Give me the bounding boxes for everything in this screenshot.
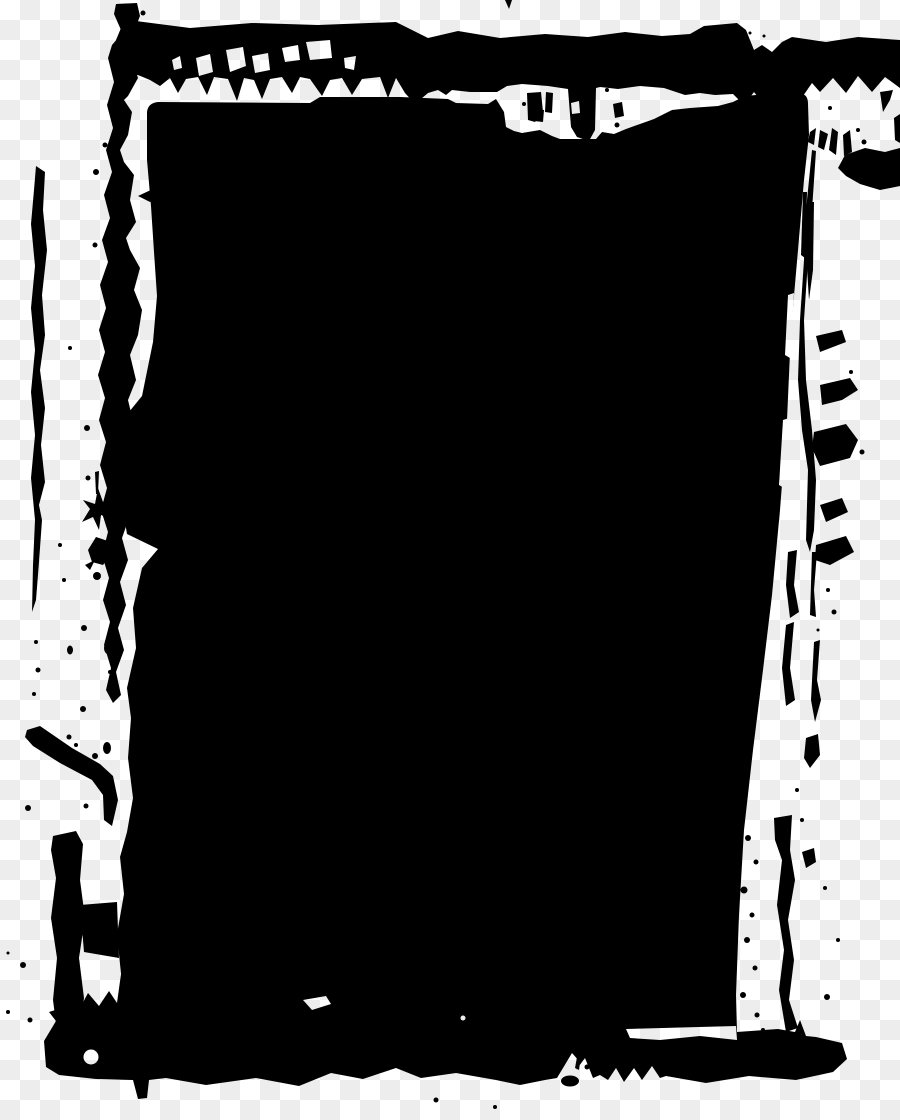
drip-tick xyxy=(820,498,848,522)
splatter-dot xyxy=(62,578,66,582)
edge-texture-strip xyxy=(774,815,798,1032)
left-diagonal-stroke xyxy=(25,726,118,826)
texture-speck xyxy=(824,994,830,1000)
corner-slash xyxy=(880,90,893,112)
splatter-dot xyxy=(81,625,87,631)
texture-speck xyxy=(761,1028,765,1032)
drip-tick xyxy=(815,536,854,565)
splatter-dot xyxy=(67,646,73,655)
splatter-dot xyxy=(74,743,78,747)
splatter-dot xyxy=(68,346,72,350)
splatter-dot xyxy=(58,543,62,547)
drip-strand xyxy=(810,552,817,617)
band-texture-hole xyxy=(196,54,213,76)
texture-speck xyxy=(745,835,751,841)
splatter-dot xyxy=(585,1065,590,1070)
texture-speck xyxy=(750,913,755,918)
texture-speck xyxy=(741,887,748,894)
drip-tick xyxy=(812,424,858,466)
texture-speck xyxy=(802,848,816,868)
bottom-splatter xyxy=(434,1098,498,1110)
ink-hole xyxy=(84,1050,99,1065)
left-vertical-bar xyxy=(51,831,85,1039)
right-streak-blob xyxy=(838,148,900,190)
band-texture-hole xyxy=(282,45,300,62)
far-left-streak xyxy=(31,166,47,612)
texture-speck xyxy=(755,1013,760,1018)
drip-strand-blob xyxy=(804,734,820,768)
splatter-dot xyxy=(111,466,115,470)
splatter-dot xyxy=(832,610,837,615)
splatter-dot xyxy=(104,642,112,654)
gap-speck xyxy=(545,92,553,113)
gap-speck xyxy=(615,123,620,128)
splatter-dot xyxy=(67,735,72,740)
splatter-dot xyxy=(795,788,799,792)
texture-speck xyxy=(740,992,746,998)
splatter-dot xyxy=(7,952,10,955)
splatter-dot xyxy=(93,572,101,580)
splatter-dot xyxy=(817,629,820,632)
drip-strand xyxy=(782,622,795,706)
splatter-dot xyxy=(828,106,832,110)
main-ink-block xyxy=(44,93,847,1099)
splatter-dot xyxy=(28,1018,33,1023)
splatter-dot xyxy=(34,640,38,644)
splatter-dot xyxy=(493,1105,497,1109)
splatter-dot xyxy=(6,1010,10,1014)
grunge-frame-graphic: Black grunge brush-stroke frame Abstract… xyxy=(0,0,900,1120)
band-top-tick xyxy=(505,0,512,9)
splatter-dot xyxy=(849,370,853,374)
gap-speck xyxy=(605,88,609,92)
streak-slash xyxy=(843,130,852,156)
image-canvas: Black grunge brush-stroke frame Abstract… xyxy=(0,0,900,1120)
splatter-dot xyxy=(862,140,867,145)
streak-slash xyxy=(808,128,816,145)
splatter-hair xyxy=(85,560,95,570)
bottom-edge-islet xyxy=(561,1076,579,1087)
ink-hole xyxy=(461,1016,466,1021)
texture-speck xyxy=(836,938,840,942)
gap-speck xyxy=(522,102,526,106)
splatter-dot xyxy=(84,804,89,809)
splatter-dot xyxy=(434,1098,439,1103)
splatter-dot xyxy=(25,805,31,811)
splatter-dot xyxy=(36,668,41,673)
splatter-dot xyxy=(92,753,98,759)
band-texture-hole xyxy=(306,40,332,60)
gap-speck xyxy=(533,108,544,122)
band-texture-hole xyxy=(571,101,580,114)
band-texture-hole xyxy=(252,53,270,73)
corner-slash xyxy=(894,114,900,143)
texture-speck xyxy=(744,937,750,943)
splatter-dot xyxy=(749,32,752,35)
edge-scratch xyxy=(772,570,783,640)
drip-tick xyxy=(820,378,858,405)
drip-strand xyxy=(786,550,799,618)
texture-speck xyxy=(753,966,758,971)
streak-slash xyxy=(818,130,828,150)
band-texture-hole xyxy=(344,56,356,70)
drip-strand xyxy=(811,640,821,722)
splatter-dot xyxy=(86,476,91,481)
splatter-dot xyxy=(84,425,90,431)
splatter-dot xyxy=(20,962,26,968)
splatter-dot xyxy=(826,588,830,592)
splatter-dot xyxy=(114,149,120,155)
texture-speck xyxy=(754,860,759,865)
splatter-dot xyxy=(108,670,112,674)
edge-scratch xyxy=(751,742,763,808)
splatter-dot xyxy=(141,11,146,16)
splatter-dot xyxy=(102,789,106,793)
splatter-dot xyxy=(860,450,865,455)
splatter-dot xyxy=(800,818,804,822)
splatter-dot xyxy=(93,169,99,175)
splatter-dot xyxy=(32,692,36,696)
streak-slash xyxy=(829,128,838,155)
splatter-dot xyxy=(103,742,111,754)
splatter-dot xyxy=(103,143,108,148)
splatter-dot xyxy=(856,128,860,132)
gap-speck xyxy=(613,102,624,118)
bar-bridge xyxy=(80,902,119,958)
splatter-dot xyxy=(80,706,86,712)
ink-block-body xyxy=(44,93,847,1099)
drip-tick xyxy=(816,330,846,352)
splatter-dot xyxy=(763,35,766,38)
splatter-dot xyxy=(93,243,98,248)
texture-speck xyxy=(823,886,827,890)
